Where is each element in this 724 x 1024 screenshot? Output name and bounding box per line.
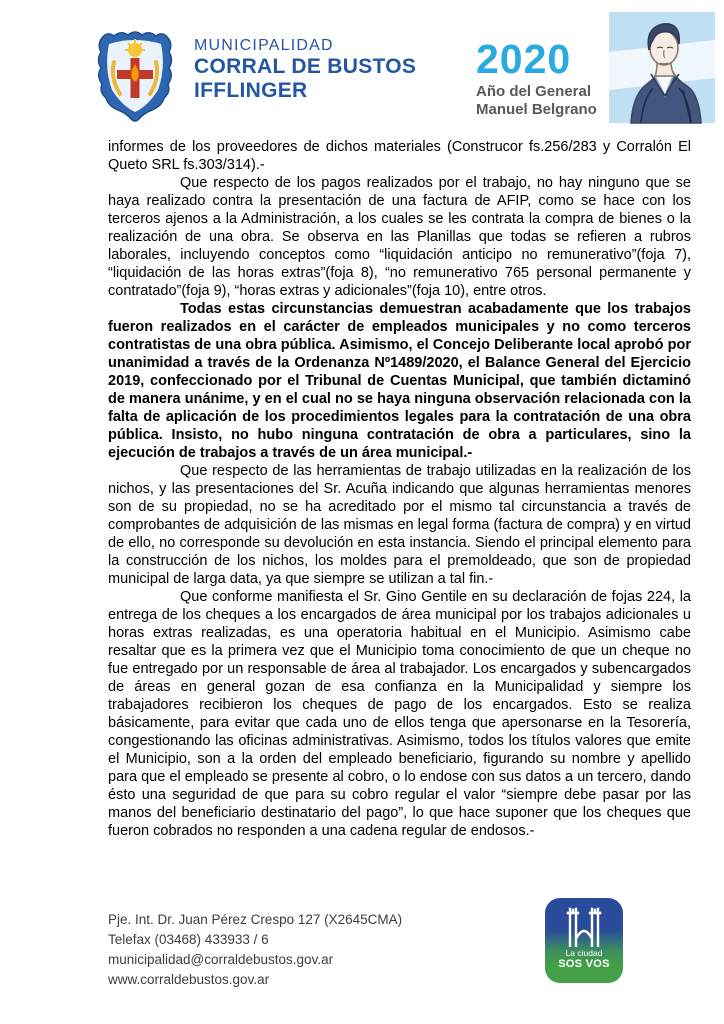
municipality-title-block: MUNICIPALIDAD CORRAL DE BUSTOS IFFLINGER xyxy=(194,36,416,103)
body-paragraph-bold: Todas estas circunstancias demuestran ac… xyxy=(108,300,691,462)
document-body: informes de los proveedores de dichos ma… xyxy=(108,138,691,840)
year-label: 2020 xyxy=(476,38,597,80)
body-paragraph: informes de los proveedores de dichos ma… xyxy=(108,138,691,174)
footer-address: Pje. Int. Dr. Juan Pérez Crespo 127 (X26… xyxy=(108,910,402,930)
city-gate-icon xyxy=(562,907,606,947)
footer-email: municipalidad@corraldebustos.gov.ar xyxy=(108,950,402,970)
document-page: MUNICIPALIDAD CORRAL DE BUSTOS IFFLINGER… xyxy=(0,0,724,1024)
city-sos-vos-badge: La ciudad SOS VOS xyxy=(545,898,623,983)
footer-contact-block: Pje. Int. Dr. Juan Pérez Crespo 127 (X26… xyxy=(108,910,402,990)
year-caption-line2: Manuel Belgrano xyxy=(476,101,597,119)
body-paragraph: Que respecto de las herramientas de trab… xyxy=(108,462,691,588)
body-paragraph: Que respecto de los pagos realizados por… xyxy=(108,174,691,300)
badge-caption: La ciudad xyxy=(566,949,603,958)
municipality-name-line1: CORRAL DE BUSTOS xyxy=(194,55,416,79)
belgrano-portrait xyxy=(607,10,717,125)
footer-website: www.corraldebustos.gov.ar xyxy=(108,970,402,990)
body-paragraph: Que conforme manifiesta el Sr. Gino Gent… xyxy=(108,588,691,840)
municipality-label: MUNICIPALIDAD xyxy=(194,36,416,55)
municipality-name-line2: IFFLINGER xyxy=(194,79,416,103)
year-caption-line1: Año del General xyxy=(476,83,597,101)
footer-telefax: Telefax (03468) 433933 / 6 xyxy=(108,930,402,950)
municipal-coat-of-arms-icon xyxy=(94,28,176,122)
badge-slogan: SOS VOS xyxy=(558,958,610,970)
year-banner: 2020 Año del General Manuel Belgrano xyxy=(476,38,597,119)
